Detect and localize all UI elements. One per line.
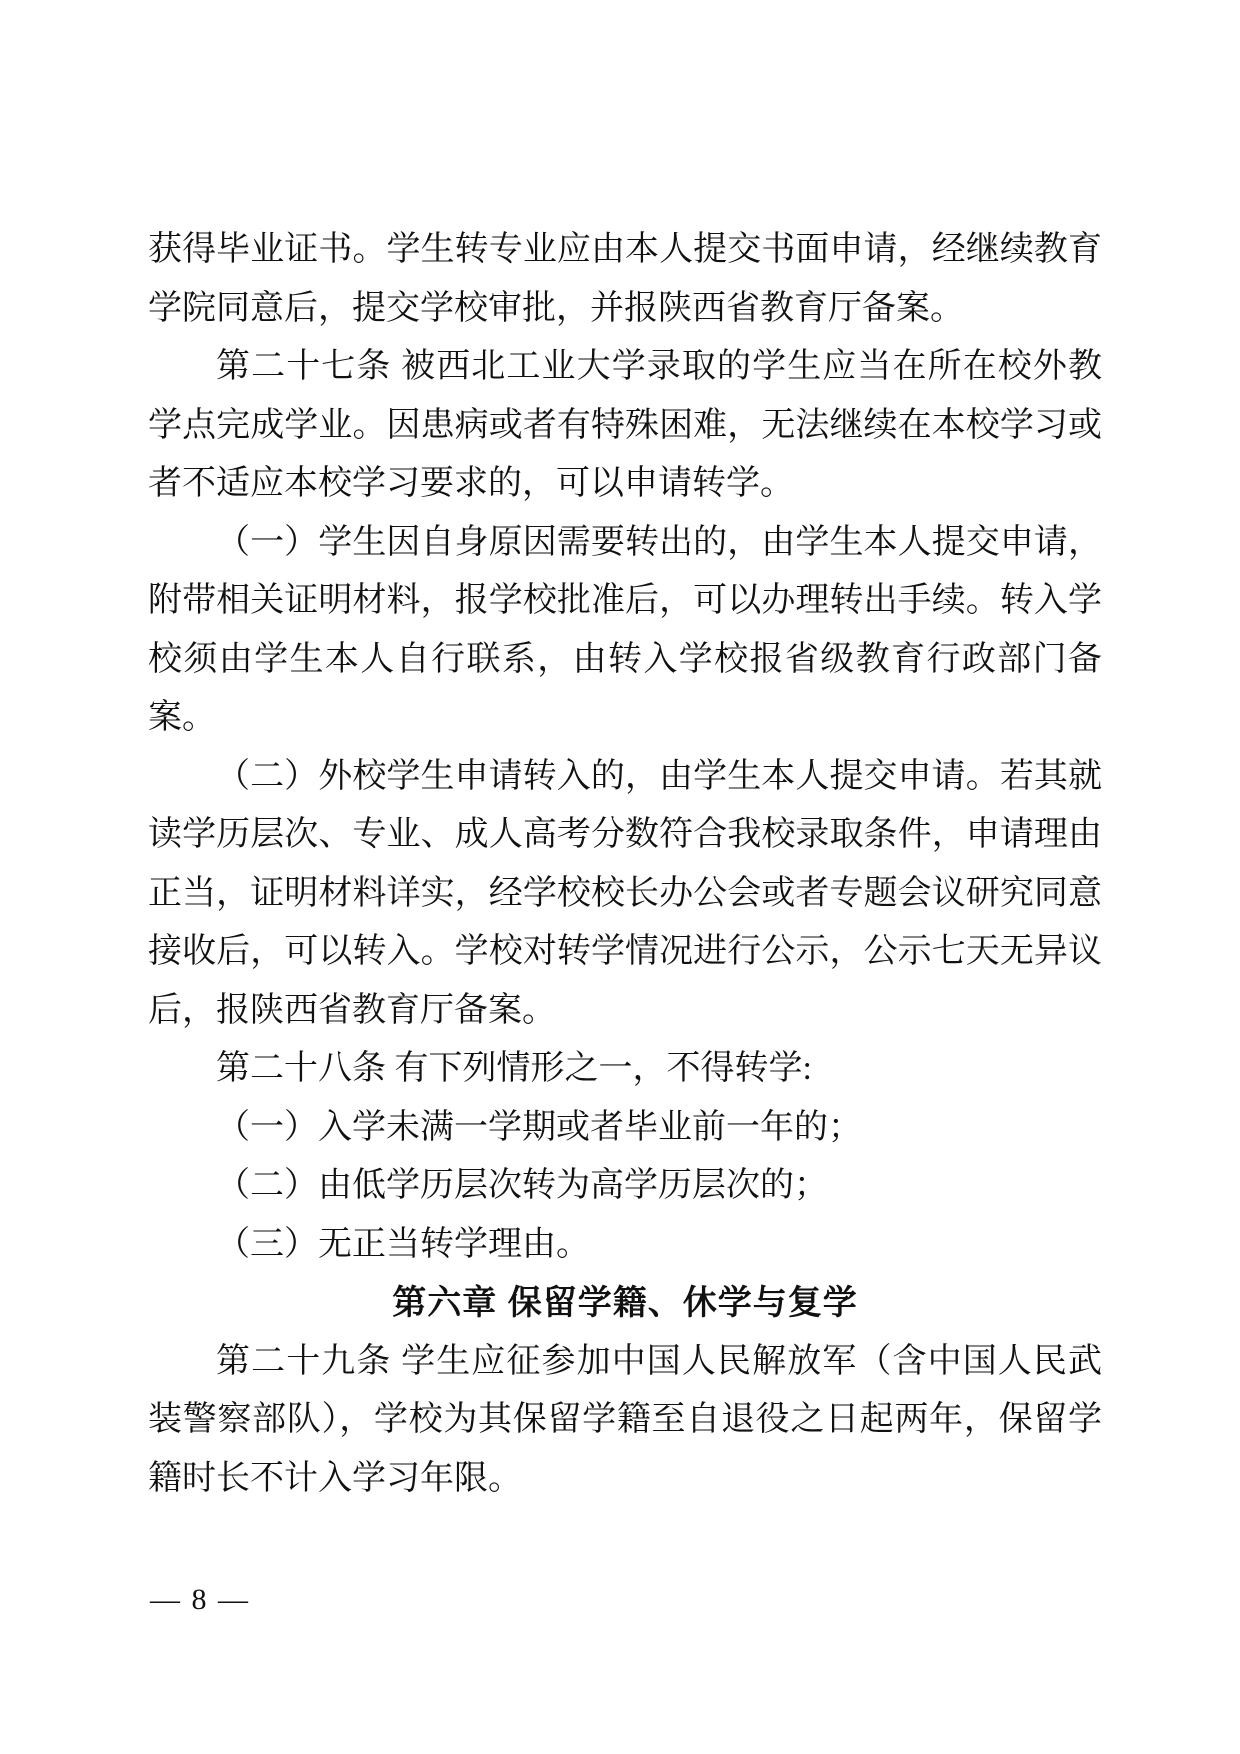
chapter-heading: 第六章 保留学籍、休学与复学	[148, 1274, 1102, 1333]
text-line: 案。	[148, 689, 1102, 748]
text-line: （三）无正当转学理由。	[148, 1216, 1102, 1275]
text-line: 获得毕业证书。学生转专业应由本人提交书面申请，经继续教育	[148, 221, 1102, 280]
text-line: 正当，证明材料详实，经学校校长办公会或者专题会议研究同意	[148, 865, 1102, 924]
text-line: 读学历层次、专业、成人高考分数符合我校录取条件，申请理由	[148, 806, 1102, 865]
text-line: 第二十七条 被西北工业大学录取的学生应当在所在校外教	[148, 338, 1102, 397]
text-line: 第二十九条 学生应征参加中国人民解放军（含中国人民武	[148, 1333, 1102, 1392]
text-line: （二）由低学历层次转为高学历层次的；	[148, 1157, 1102, 1216]
text-line: 第二十八条 有下列情形之一，不得转学:	[148, 1040, 1102, 1099]
text-line: 装警察部队），学校为其保留学籍至自退役之日起两年，保留学	[148, 1391, 1102, 1450]
text-line: 学院同意后，提交学校审批，并报陕西省教育厅备案。	[148, 280, 1102, 339]
page-number: — 8 —	[150, 1583, 250, 1616]
text-line: 者不适应本校学习要求的，可以申请转学。	[148, 455, 1102, 514]
text-line: 校须由学生本人自行联系，由转入学校报省级教育行政部门备	[148, 631, 1102, 690]
text-line: 附带相关证明材料，报学校批准后，可以办理转出手续。转入学	[148, 572, 1102, 631]
text-line: （二）外校学生申请转入的，由学生本人提交申请。若其就	[148, 748, 1102, 807]
document-body: 获得毕业证书。学生转专业应由本人提交书面申请，经继续教育学院同意后，提交学校审批…	[148, 221, 1102, 1508]
text-line: 学点完成学业。因患病或者有特殊困难，无法继续在本校学习或	[148, 397, 1102, 456]
document-page: 获得毕业证书。学生转专业应由本人提交书面申请，经继续教育学院同意后，提交学校审批…	[0, 0, 1240, 1754]
text-line: 籍时长不计入学习年限。	[148, 1450, 1102, 1509]
text-line: 接收后，可以转入。学校对转学情况进行公示，公示七天无异议	[148, 923, 1102, 982]
text-line: 后，报陕西省教育厅备案。	[148, 982, 1102, 1041]
page-footer: — 8 —	[150, 1583, 250, 1617]
text-line: （一）入学未满一学期或者毕业前一年的；	[148, 1099, 1102, 1158]
text-line: （一）学生因自身原因需要转出的，由学生本人提交申请，	[148, 514, 1102, 573]
